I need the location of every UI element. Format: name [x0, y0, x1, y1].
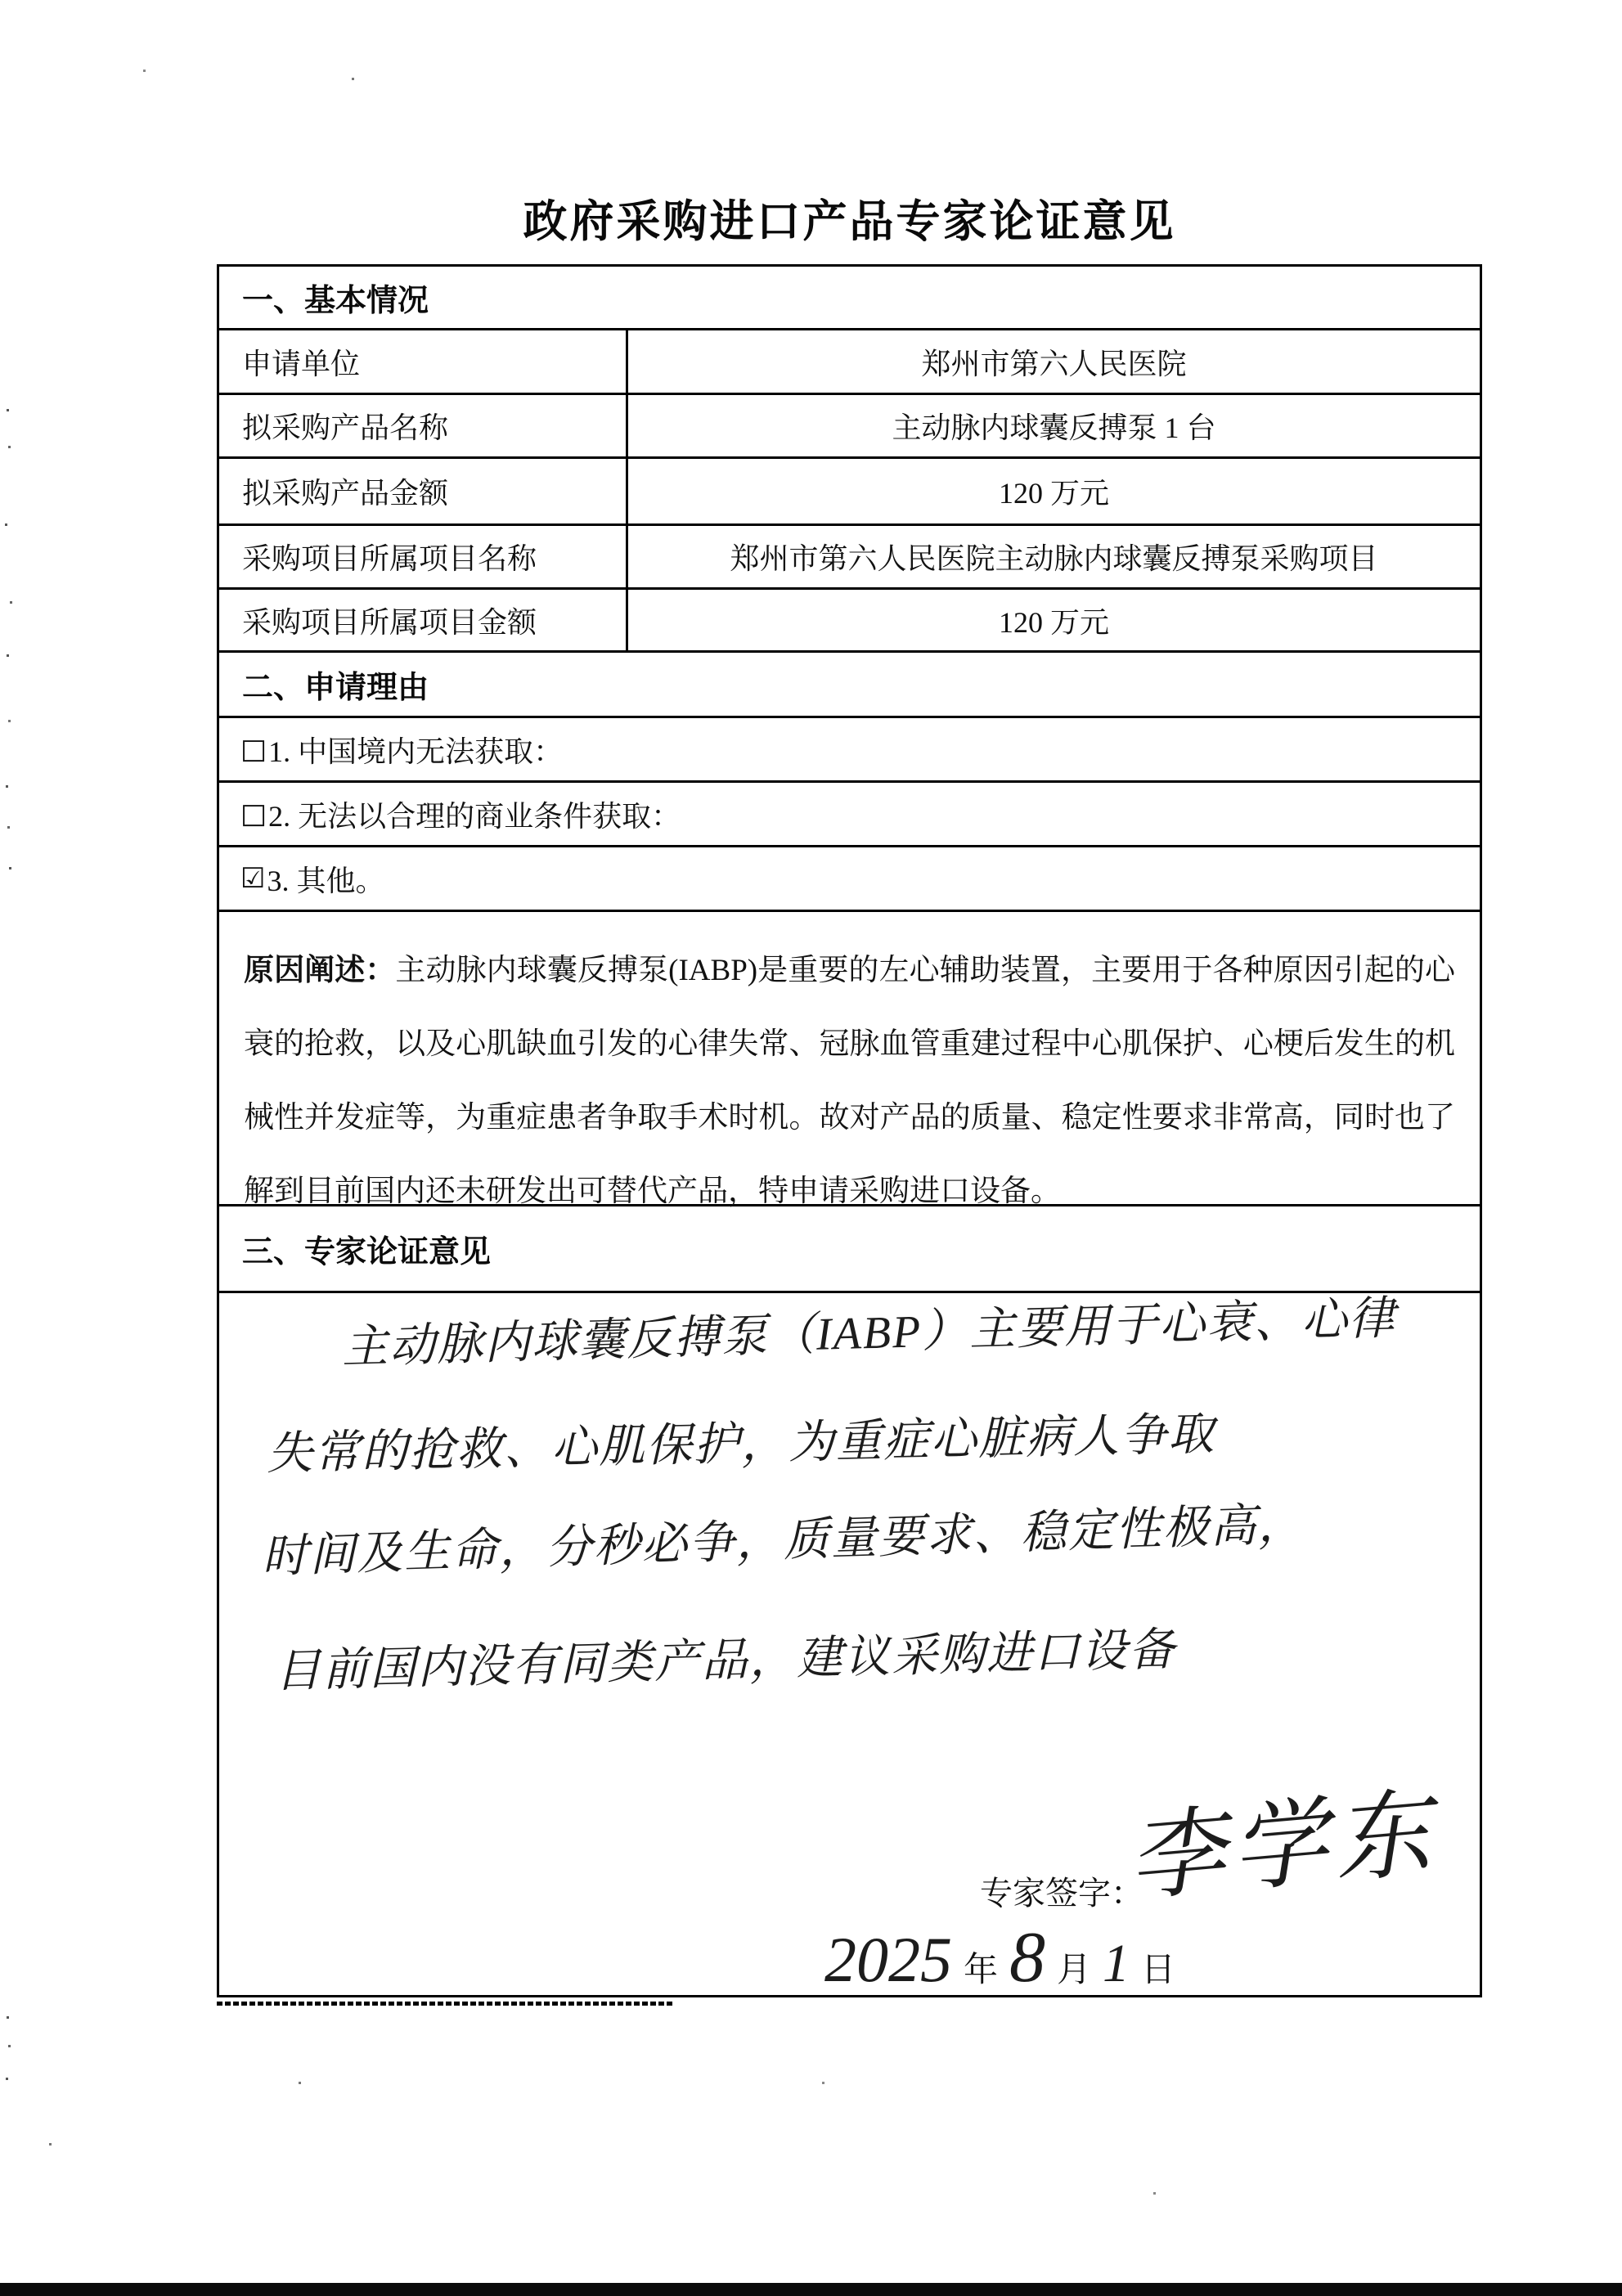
reason-statement-text: 原因阐述：主动脉内球囊反搏泵(IABP)是重要的左心辅助装置，主要用于各种原因引… [244, 933, 1455, 1229]
row-label: 采购项目所属项目金额 [219, 590, 628, 650]
scan-noise-speckles [0, 0, 2, 2]
expert-opinion-area: 主动脉内球囊反搏泵（IABP）主要用于心衰、心律 失常的抢救、心肌保护，为重症心… [219, 1293, 1480, 1995]
date-month-unit: 月 [1057, 1943, 1091, 1992]
scan-border-artifact [217, 2002, 675, 2006]
section-heading-application-reason: 二、申请理由 [219, 653, 1480, 718]
row-label: 拟采购产品金额 [219, 459, 628, 523]
table-row-product-name: 拟采购产品名称 主动脉内球囊反搏泵 1 台 [219, 395, 1480, 459]
date-day-handwritten: 1 [1103, 1933, 1130, 1995]
date-year-unit: 年 [964, 1943, 998, 1992]
reason-option-3: ☑ 3. 其他。 [219, 847, 1480, 912]
page-title: 政府采购进口产品专家论证意见 [217, 186, 1482, 249]
section-heading-basic-info: 一、基本情况 [219, 267, 1480, 330]
checkbox-unchecked-icon: □ [240, 733, 267, 766]
table-row-project-name: 采购项目所属项目名称 郑州市第六人民医院主动脉内球囊反搏泵采购项目 [219, 526, 1480, 590]
row-label: 拟采购产品名称 [219, 395, 628, 456]
section-heading-expert-opinion-label: 三、专家论证意见 [242, 1226, 491, 1271]
checkbox-unchecked-icon: □ [240, 798, 267, 830]
checkbox-checked-icon: ☑ [240, 862, 265, 895]
table-row-project-amount: 采购项目所属项目金额 120 万元 [219, 590, 1480, 653]
signature-date: 2025 年 8 月 1 日 [824, 1916, 1175, 1999]
handwritten-opinion-line: 主动脉内球囊反搏泵（IABP）主要用于心衰、心律 [341, 1282, 1397, 1377]
reason-option-1-label: 1. 中国境内无法获取： [268, 729, 563, 771]
row-label: 申请单位 [219, 330, 628, 393]
section-heading-application-reason-label: 二、申请理由 [242, 662, 429, 707]
row-value: 郑州市第六人民医院主动脉内球囊反搏泵采购项目 [628, 526, 1480, 587]
procurement-form-table: 一、基本情况 申请单位 郑州市第六人民医院 拟采购产品名称 主动脉内球囊反搏泵 … [217, 264, 1482, 1997]
section-heading-basic-info-label: 一、基本情况 [242, 275, 429, 320]
reason-statement-body: 主动脉内球囊反搏泵(IABP)是重要的左心辅助装置，主要用于各种原因引起的心衰的… [244, 954, 1455, 1208]
row-value: 主动脉内球囊反搏泵 1 台 [628, 395, 1480, 456]
reason-option-2: □ 2. 无法以合理的商业条件获取： [219, 783, 1480, 847]
reason-statement-row: 原因阐述：主动脉内球囊反搏泵(IABP)是重要的左心辅助装置，主要用于各种原因引… [219, 912, 1480, 1206]
date-year-handwritten: 2025 [824, 1923, 952, 1997]
document-page: 政府采购进口产品专家论证意见 一、基本情况 申请单位 郑州市第六人民医院 拟采购… [0, 0, 1622, 2296]
reason-option-3-label: 3. 其他。 [267, 858, 384, 900]
table-row-product-amount: 拟采购产品金额 120 万元 [219, 459, 1480, 526]
expert-signature-label: 专家签字： [980, 1867, 1143, 1914]
handwritten-opinion-line: 目前国内没有同类产品，建议采购进口设备 [274, 1613, 1177, 1701]
row-value: 120 万元 [628, 590, 1480, 650]
handwritten-opinion-line: 失常的抢救、心肌保护，为重症心脏病人争取 [266, 1398, 1215, 1483]
reason-option-1: □ 1. 中国境内无法获取： [219, 718, 1480, 783]
expert-signature-handwriting: 李学东 [1121, 1755, 1441, 1920]
reason-statement-label: 原因阐述： [244, 953, 395, 986]
row-value: 120 万元 [628, 459, 1480, 523]
reason-option-2-label: 2. 无法以合理的商业条件获取： [268, 793, 681, 835]
row-value: 郑州市第六人民医院 [628, 330, 1480, 393]
section-heading-expert-opinion: 三、专家论证意见 [219, 1206, 1480, 1293]
date-month-handwritten: 8 [1009, 1916, 1045, 1999]
handwritten-opinion-line: 时间及生命，分秒必争，质量要求、稳定性极高， [261, 1488, 1306, 1586]
scan-edge-bar [0, 2283, 1622, 2296]
date-day-unit: 日 [1141, 1943, 1175, 1992]
row-label: 采购项目所属项目名称 [219, 526, 628, 587]
table-row-applicant-unit: 申请单位 郑州市第六人民医院 [219, 330, 1480, 395]
